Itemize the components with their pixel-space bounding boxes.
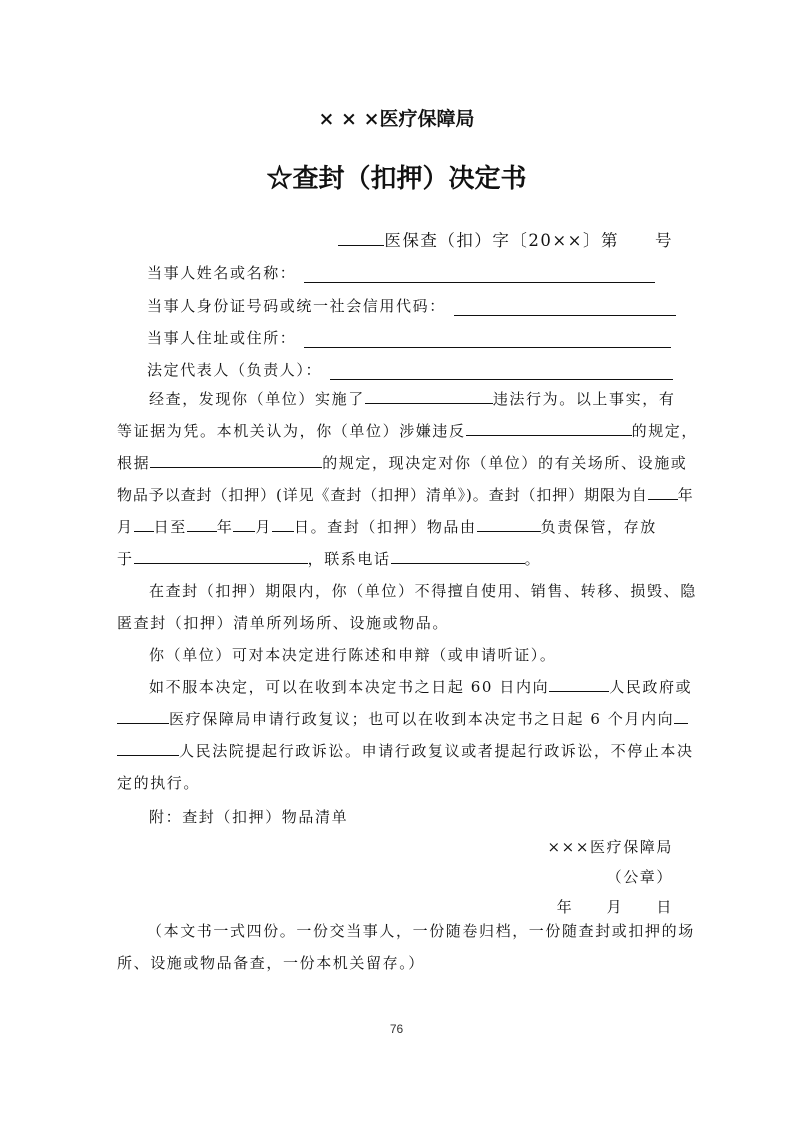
- court-blank[interactable]: [117, 741, 179, 756]
- violation-blank[interactable]: [365, 389, 493, 404]
- p1-line-3: 根据的规定，现决定对你（单位）的有关场所、设施或: [117, 452, 687, 473]
- p1-line-4: 物品予以查封（扣押）(详见《查封（扣押）清单》)。查封（扣押）期限为自年: [117, 484, 694, 505]
- field-address: 当事人住址或住所：: [147, 327, 671, 348]
- storage-location-blank[interactable]: [134, 549, 308, 564]
- p4-line-2: 医疗保障局申请行政复议；也可以在收到本决定书之日起 6 个月内向: [117, 708, 688, 729]
- signature-date: 年 月 日: [557, 896, 673, 917]
- custodian-blank[interactable]: [477, 517, 541, 532]
- text: 负责保管，存放: [541, 518, 657, 536]
- text: 等证据为凭。本机关认为，你（单位）涉嫌违反: [117, 422, 466, 440]
- text: 于: [117, 550, 134, 568]
- contact-phone-blank[interactable]: [391, 549, 525, 564]
- end-year-blank[interactable]: [187, 517, 217, 532]
- p4-line-4: 定的执行。: [117, 772, 200, 793]
- text: ，联系电话: [308, 550, 391, 568]
- field-id-number: 当事人身份证号码或统一社会信用代码：: [147, 295, 676, 316]
- document-number: 医保查（扣）字〔20××〕第 号: [338, 227, 673, 251]
- text: 如不服本决定，可以在收到本决定书之日起 60 日内向: [149, 678, 549, 696]
- issuing-organization: × × ×医疗保障局: [0, 104, 793, 131]
- text: 医疗保障局申请行政复议；也可以在收到本决定书之日起 6 个月内向: [169, 710, 674, 728]
- text: 人民法院提起行政诉讼。申请行政复议或者提起行政诉讼，不停止本决: [179, 742, 694, 760]
- field-legal-rep: 法定代表人（负责人）：: [147, 359, 673, 380]
- field-party-name: 当事人姓名或名称：: [147, 262, 655, 283]
- p1-line-6: 于，联系电话。: [117, 548, 541, 569]
- p4-line-3: 人民法院提起行政诉讼。申请行政复议或者提起行政诉讼，不停止本决: [117, 740, 694, 761]
- bureau-blank[interactable]: [117, 709, 169, 724]
- p3-line: 你（单位）可对本决定进行陈述和申辩（或申请听证）。: [149, 644, 557, 665]
- government-blank[interactable]: [549, 677, 609, 692]
- text: 的规定，: [632, 422, 698, 440]
- text: 违法行为。以上事实，有: [493, 390, 676, 408]
- start-year-blank[interactable]: [648, 485, 678, 500]
- note-line-2: 所、设施或物品备查，一份本机关留存。）: [117, 952, 425, 973]
- court-blank-start[interactable]: [674, 709, 688, 724]
- id-number-input[interactable]: [454, 299, 676, 316]
- text: 日。查封（扣押）物品由: [294, 518, 477, 536]
- doc-number-prefix-blank[interactable]: [338, 231, 384, 246]
- address-input[interactable]: [304, 331, 671, 348]
- note-line-1: （本文书一式四份。一份交当事人，一份随卷归档，一份随查封或扣押的场: [147, 920, 695, 941]
- doc-number-text: 医保查（扣）字〔20××〕第 号: [384, 231, 673, 250]
- legal-rep-input[interactable]: [330, 363, 673, 380]
- p1-line-5: 月日至年月日。查封（扣押）物品由负责保管，存放: [117, 516, 657, 537]
- field-label: 当事人姓名或名称：: [147, 262, 296, 283]
- end-month-blank[interactable]: [233, 517, 255, 532]
- text: 月: [117, 518, 134, 536]
- p4-line-1: 如不服本决定，可以在收到本决定书之日起 60 日内向人民政府或: [149, 676, 692, 697]
- signature-seal: （公章）: [607, 866, 673, 887]
- p1-line-2: 等证据为凭。本机关认为，你（单位）涉嫌违反的规定，: [117, 420, 698, 441]
- p1-line-1: 经查，发现你（单位）实施了违法行为。以上事实，有: [149, 388, 675, 409]
- text: 日至: [154, 518, 187, 536]
- document-title: ☆查封（扣押）决定书: [0, 158, 793, 195]
- text: 的规定，现决定对你（单位）的有关场所、设施或: [322, 454, 687, 472]
- p2-line-2: 匿查封（扣押）清单所列场所、设施或物品。: [117, 612, 449, 633]
- field-label: 当事人住址或住所：: [147, 327, 296, 348]
- text: 年: [217, 518, 234, 536]
- start-month-blank[interactable]: [134, 517, 154, 532]
- text: 物品予以查封（扣押）(详见《查封（扣押）清单》)。查封（扣押）期限为自: [117, 486, 648, 504]
- end-day-blank[interactable]: [272, 517, 294, 532]
- field-label: 当事人身份证号码或统一社会信用代码：: [147, 295, 446, 316]
- signature-organization: ×××医疗保障局: [547, 836, 673, 857]
- p2-line-1: 在查封（扣押）期限内，你（单位）不得擅自使用、销售、转移、损毁、隐: [149, 580, 697, 601]
- text: 根据: [117, 454, 150, 472]
- text: 月: [255, 518, 272, 536]
- attachment-line: 附：查封（扣押）物品清单: [149, 806, 348, 827]
- text: 人民政府或: [609, 678, 692, 696]
- violated-regulation-blank[interactable]: [466, 421, 632, 436]
- text: 。: [525, 550, 542, 568]
- page-number: 76: [0, 1022, 793, 1036]
- basis-regulation-blank[interactable]: [150, 453, 322, 468]
- text: 年: [678, 486, 694, 504]
- text: 经查，发现你（单位）实施了: [149, 390, 365, 408]
- party-name-input[interactable]: [304, 266, 655, 283]
- field-label: 法定代表人（负责人）：: [147, 359, 322, 380]
